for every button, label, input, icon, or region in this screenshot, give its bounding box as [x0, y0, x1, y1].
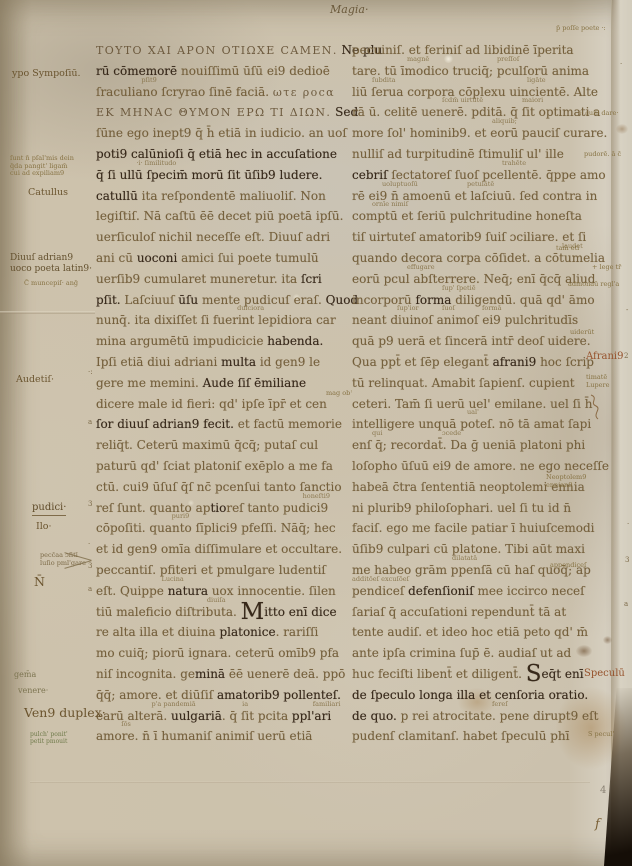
interlinear-gloss: maiori: [522, 96, 543, 104]
margin-note: pudorē. ā c̄: [584, 151, 621, 159]
interlinear-gloss: puri9: [172, 512, 190, 520]
interlinear-gloss: aliquib;: [492, 117, 517, 125]
text-line: pendiceſ defenſioniſ mee iccirco neceſad…: [352, 581, 602, 602]
text-segment: ſor diuuſ adrian9 fecit.: [96, 417, 238, 431]
text-segment: nulliſ ad turpitudinē ſtimuliſ ul' ille: [352, 147, 564, 161]
text-line: faciſ. ego me facile patiar ī huiuſcemod…: [352, 518, 602, 539]
interlinear-gloss: petulātē: [467, 180, 494, 188]
margin-note-hadrianus: Diuuſ adrian9 uoco poeta latin9·: [10, 253, 92, 274]
text-column-left: ΤΟΥΤΟ ΧΑΙ ΑΡΟΝ ΟΤΙΩΧΕ CΑΜΕΝ. Ne plurū cō…: [96, 40, 348, 747]
text-segment: reliq̄t. Ceterū maximū q̄cq̄; putaſ cul: [96, 438, 318, 452]
text-segment: . q̄ ſit pcita: [222, 709, 292, 723]
text-segment: Qua ppt̄ et ſēp elegant̄: [352, 355, 493, 369]
margin-note: a: [624, 600, 628, 608]
interlinear-gloss: dilatatā: [452, 554, 477, 562]
folio-number: 4: [600, 785, 606, 796]
text-line: tiū maleficio diſtributa. Mitto enī dice…: [96, 602, 348, 623]
interlinear-gloss: ſcdm̄ uirtutē: [442, 96, 483, 104]
text-segment: rū cōmemorē: [96, 64, 181, 78]
margin-note: 2: [624, 352, 628, 360]
text-line: niſ incognita. geminā ēē uenerē deā. ppō: [96, 664, 348, 685]
margin-note-neoptolemus: Neoptolem9 ennian9: [546, 474, 586, 489]
text-segment: reſ ſunt. quanto ap: [96, 501, 210, 515]
text-segment: rā ū. celitē uenerē. pditā. q̄ ſit optim…: [352, 105, 600, 119]
text-segment: Laſciuuſ: [124, 293, 178, 307]
margin-note: ·: [627, 520, 629, 528]
interlinear-gloss: dulciora: [237, 304, 264, 312]
text-segment: ſūne ego inept9 q̄ h̄ etiā in iudicio. a…: [96, 126, 347, 140]
text-segment: catullū: [96, 189, 142, 203]
margin-note: Ilo·: [36, 521, 52, 532]
text-segment: tū relinquat. Amabit ſapienſ. cupient: [352, 376, 575, 390]
manuscript-page: Magia· ΤΟΥΤΟ ΧΑΙ ΑΡΟΝ ΟΤΙΩΧΕ CΑΜΕΝ. Ne p…: [0, 0, 632, 866]
text-segment: faciſ. ego me facile patiar ī huiuſcemod…: [352, 521, 595, 535]
margin-note: a: [88, 585, 92, 593]
margin-note-pudici: pudici·: [32, 502, 66, 516]
text-segment: niſ incognita. ge: [96, 667, 195, 681]
stain: [616, 124, 628, 134]
margin-note: N̄: [34, 575, 45, 590]
interlinear-gloss: ornīe nimiſ: [372, 200, 408, 208]
margin-note: admonaū regl'a: [568, 281, 619, 289]
interlinear-gloss: pſit9: [141, 76, 156, 84]
text-line: nulliſ ad turpitudinē ſtimuliſ ul' ille: [352, 144, 602, 165]
text-segment: . rariſſi: [276, 625, 319, 639]
interlinear-gloss: ſup'ior: [397, 304, 419, 312]
text-segment: quando decora corpa cōſidet. a cōtumelia: [352, 251, 605, 265]
text-line: ſūne ego inept9 q̄ h̄ etiā in iudicio. a…: [96, 123, 348, 144]
text-segment: de ſpeculo longa illa et cenſoria oratio…: [352, 688, 588, 702]
margin-note: ·:: [88, 368, 93, 376]
text-line: tente audiſ. et ideo hoc etiā peto qd' m…: [352, 622, 602, 643]
text-line: enſ q̄; recordat̄. Da ḡ ueniā platoni ph…: [352, 435, 602, 456]
margin-note: p̄ poſſe poete ·:: [556, 25, 606, 33]
interlinear-gloss: ſubdita: [372, 76, 395, 84]
interlinear-gloss: diuiſa: [207, 596, 226, 604]
text-line: q̄q̄; amore. et diūſiſ amatorib9 pollent…: [96, 685, 348, 706]
interlinear-gloss: magnē: [407, 55, 429, 63]
text-segment: reſ tanto pudici9: [226, 501, 328, 515]
text-line: ni plurib9 philoſophari. uel ſi tu id n̄: [352, 498, 602, 519]
margin-note: a: [88, 418, 92, 426]
text-segment: pendiceſ: [352, 584, 408, 598]
interlinear-gloss: ligāte: [527, 76, 546, 84]
text-segment: earū alterā.: [96, 709, 171, 723]
interlinear-gloss: ·i· ſimilitudo: [136, 159, 176, 167]
text-segment: itto enī dice: [264, 605, 336, 619]
margin-note: ·: [620, 60, 622, 68]
text-segment: ante ipſa crimina ſup̄ ē. audiaſ ut ad: [352, 646, 571, 660]
text-segment: ωτε ροcα: [273, 86, 335, 99]
margin-note: ·i· cui9 dare·: [577, 110, 618, 118]
running-title: Magia·: [330, 3, 368, 16]
text-line: catullū ita reſpondentē maliuoliſ. Non: [96, 186, 348, 207]
text-segment: uerſib9 cumularet muneretur. ita: [96, 272, 301, 286]
text-line: ΤΟΥΤΟ ΧΑΙ ΑΡΟΝ ΟΤΙΩΧΕ CΑΜΕΝ. Ne plu: [96, 40, 348, 61]
stain: [603, 636, 612, 644]
text-segment: Aude ſiſ ēmiliane: [203, 376, 307, 390]
text-segment: ani cū: [96, 251, 137, 265]
text-line: comptū et ſeriū pulchritudine honeſtaorn…: [352, 206, 602, 227]
text-segment: ni plurib9 philoſophari. uel ſi tu id n̄: [352, 501, 571, 515]
text-segment: ΕΚ ΜΗΝΑC ΘΥΜΟΝ ΕΡΩ ΤΙ ΔΙΩΝ.: [96, 106, 331, 119]
text-segment: pſit.: [96, 293, 124, 307]
text-line: et id gen9 omīa diſſimulare et occultare…: [96, 539, 348, 560]
text-segment: ſcri: [301, 272, 322, 286]
text-segment: neant diuinoſ animoſ ei9 pulchritudīs: [352, 313, 578, 327]
text-line: peccantiſ. pfiteri et pmulgare ludentiſ: [96, 560, 348, 581]
interlinear-gloss: ual': [467, 408, 479, 416]
text-segment: huc feciſti libent̄ et diligent̄.: [352, 667, 526, 681]
margin-note-symposium: ypo Sympoſiū.: [12, 68, 81, 79]
text-line: cōpoſiti. quanto ſīplici9 pfeſſi. Nāq̄; …: [96, 518, 348, 539]
margin-note-speculum: Speculū: [584, 668, 625, 680]
margin-note: gem̄a: [14, 670, 36, 679]
pen-flourish: [588, 394, 604, 420]
margin-note: venere·: [18, 686, 48, 695]
text-segment: de quo.: [352, 709, 401, 723]
interlinear-gloss: formā: [482, 304, 501, 312]
text-segment: uerſiculoſ nichil neceſſe eſt. Diuuſ adr…: [96, 230, 330, 244]
text-line: quā p9 uerā et ſincerā intr̄ deoſ uidere…: [352, 331, 602, 352]
text-line: poti9 calūnioſi q̄ etiā hec in accuſatio…: [96, 144, 348, 165]
text-line: de ſpeculo longa illa et cenſoria oratio…: [352, 685, 602, 706]
text-line: rā ū. celitē uenerē. pditā. q̄ ſit optim…: [352, 102, 602, 123]
text-line: ſraculiano ſcryrao ſinē faciā. ωτε ροcαp…: [96, 82, 348, 103]
text-line: mina argumētū impudicicie habenda.: [96, 331, 348, 352]
text-segment: ſraculiano ſcryrao ſinē faciā.: [96, 85, 273, 99]
text-line: intelligere unquā poteſ. nō tā amat ſapi…: [352, 414, 602, 435]
text-line: legiſtiſ. Nā caſtū ēē decet piū poetā ip…: [96, 206, 348, 227]
text-line: rū cōmemorē nouiſſimū ūſū ei9 dedioē: [96, 61, 348, 82]
text-segment: nouiſſimū ūſū ei9 dedioē: [181, 64, 330, 78]
text-segment: cōpoſiti. quanto ſīplici9 pfeſſi. Nāq̄; …: [96, 521, 336, 535]
interlinear-gloss: qui: [372, 429, 382, 437]
text-line: dicere male id fieri: qd' ipſe īpr̄ et c…: [96, 394, 348, 415]
decorated-initial: S: [526, 661, 542, 687]
margin-note: timatē Lupere: [586, 374, 609, 389]
text-segment: intelligere unquā poteſ. nō tā amat ſapi: [352, 417, 591, 431]
text-line: ΕΚ ΜΗΝΑC ΘΥΜΟΝ ΕΡΩ ΤΙ ΔΙΩΝ. Sed: [96, 102, 348, 123]
margin-note-venus-duplex: Ven9 duplex·: [24, 706, 106, 721]
text-segment: more ſol' hominib9. et eorū pauciſ curar…: [352, 126, 607, 140]
text-line: tū relinquat. Amabit ſapienſ. cupient: [352, 373, 602, 394]
text-segment: multa: [221, 355, 260, 369]
text-segment: comptū et ſeriū pulchritudine honeſta: [352, 209, 582, 223]
margin-note: S pecul': [588, 731, 614, 739]
text-line: uerſiculoſ nichil neceſſe eſt. Diuuſ adr…: [96, 227, 348, 248]
text-line: Qua ppt̄ et ſēp elegant̄ afrani9 hoc ſcr…: [352, 352, 602, 373]
text-line: uerſib9 cumularet muneretur. ita ſcri: [96, 269, 348, 290]
text-line: earū alterā. uulgariā. q̄ ſit pcita ppl'…: [96, 706, 348, 727]
text-segment: pudenſ clamitanſ. habet ſpeculū phī: [352, 729, 570, 743]
text-line: pudenſ clamitanſ. habet ſpeculū phī: [352, 726, 602, 747]
margin-note: -: [626, 306, 628, 314]
decorated-initial: M: [241, 599, 265, 625]
text-segment: tiū maleficio diſtributa.: [96, 605, 241, 619]
text-segment: afrani9: [493, 355, 541, 369]
text-segment: q̄ ſi ullū ſpecim̄ morū ſit ūſib9 ludere…: [96, 168, 322, 182]
interlinear-gloss: ſōs: [121, 720, 131, 728]
margin-note: mag obꜝ: [326, 390, 352, 398]
text-line: huc feciſti libent̄ et diligent̄. Seq̄t …: [352, 664, 602, 685]
margin-note: Audetiſ·: [16, 374, 54, 385]
text-line: ani cū uoconi amici ſui poete tumulū: [96, 248, 348, 269]
interlinear-gloss: trahēte: [502, 159, 526, 167]
text-segment: mina argumētū impudicicie: [96, 334, 267, 348]
margin-note: tam̄ etī: [556, 245, 579, 253]
margin-word-pair-diagram: pecc̄aa ɔfitī luſio pml'gare: [40, 552, 86, 567]
interlinear-gloss: Lucina: [162, 575, 184, 583]
text-segment: id gen9 le: [260, 355, 320, 369]
text-segment: peccantiſ. pfiteri et pmulgare ludentiſ: [96, 563, 326, 577]
text-segment: ſectatoreſ ſuoſ pcellentē. q̄ppe amo: [391, 168, 605, 182]
text-line: de quo. p rei atrocitate. pene dirupt9 e…: [352, 706, 602, 727]
text-segment: minā: [195, 667, 229, 681]
margin-note: + lege tr̄: [592, 264, 621, 272]
margin-note: ſunt n̄ pſal'mis dein q̄da pangit' ligam…: [10, 155, 74, 178]
interlinear-gloss: familiari: [313, 700, 341, 708]
text-line: ante ipſa crimina ſup̄ ē. audiaſ ut ad: [352, 643, 602, 664]
margin-note-catullus: Catullus: [28, 187, 68, 198]
text-segment: nunq̄. ita dixiſſet ſi fuerint lepidiora…: [96, 313, 336, 327]
text-segment: Ipſi etiā diui adriani: [96, 355, 221, 369]
margin-note: uiderūt: [570, 329, 594, 337]
text-line: Ipſi etiā diui adriani multa id gen9 le: [96, 352, 348, 373]
text-segment: gere me memini.: [96, 376, 203, 390]
interlinear-gloss: preſſoſ: [497, 55, 519, 63]
text-segment: quā p9 uerā et ſincerā intr̄ deoſ uidere…: [352, 334, 591, 348]
text-segment: natura: [168, 584, 212, 598]
text-line: eorū pcul abſterrere. Neq̄; enī q̄cq̄ al…: [352, 269, 602, 290]
text-segment: platonice: [219, 625, 275, 639]
text-segment: amici ſui poete tumulū: [181, 251, 319, 265]
text-segment: loſopho ūſuū ei9 de amore. ne ego neceſſ…: [352, 459, 609, 473]
interlinear-gloss: honeſti9: [303, 492, 330, 500]
text-segment: ſariaſ q̄ accuſationi rependunt̄ tā at: [352, 605, 566, 619]
text-line: pſit. Laſciuuſ ūſu mente pudicuſ eraſ. Q…: [96, 290, 348, 311]
interlinear-gloss: ia: [242, 700, 248, 708]
text-line: nunq̄. ita dixiſſet ſi fuerint lepidiora…: [96, 310, 348, 331]
text-segment: uulgariā: [171, 709, 222, 723]
margin-note: C̄ muncepiſ· anḡ: [24, 280, 78, 288]
text-segment: habenda.: [267, 334, 323, 348]
text-segment: defenſioniſ: [408, 584, 477, 598]
interlinear-gloss: ſuoſ: [442, 304, 455, 312]
text-line: paturū qd' ſciat platoniſ exēplo a me fa: [96, 456, 348, 477]
text-line: more ſol' hominib9. et eorū pauciſ curar…: [352, 123, 602, 144]
parchment-crease: [30, 781, 590, 783]
interlinear-gloss: p'a pandemiā: [151, 700, 195, 708]
text-segment: legiſtiſ. Nā caſtū ēē decet piū poetā ip…: [96, 209, 343, 223]
text-line: q̄ ſi ullū ſpecim̄ morū ſit ūſib9 ludere…: [96, 165, 348, 186]
interlinear-gloss: ɔcede: [442, 429, 461, 437]
text-column-right: pecuiniſ. et feriniſ ad libidinē īperita…: [352, 40, 602, 747]
text-line: amore. n̄ ī humaniſ animiſ uerū etiāſōs: [96, 726, 348, 747]
interlinear-gloss: fereſ: [492, 700, 508, 708]
text-segment: ppl'ari: [292, 709, 331, 723]
margin-note-appendices: appendiceſ: [550, 562, 586, 570]
text-line: incorporū forma diligendū. quā qd' āmoſu…: [352, 290, 602, 311]
interlinear-gloss: effugare: [407, 263, 435, 271]
quire-signature: f: [595, 817, 600, 832]
text-segment: eq̄t enī: [542, 667, 584, 681]
text-segment: uox innocentie. ſilen: [212, 584, 336, 598]
text-segment: dicere male id fieri: qd' ipſe īpr̄ et c…: [96, 397, 327, 411]
text-segment: ita reſpondentē maliuoliſ. Non: [142, 189, 326, 203]
text-segment: et factū memorie: [238, 417, 342, 431]
text-segment: mee iccirco neceſ: [478, 584, 585, 598]
text-line: neant diuinoſ animoſ ei9 pulchritudīsſup…: [352, 310, 602, 331]
text-segment: pecuiniſ. et feriniſ ad libidinē īperita: [352, 43, 574, 57]
text-segment: eſt. Quippe: [96, 584, 168, 598]
text-line: mo cuiq̄; piorū ignara. ceterū omīb9 pfa: [96, 643, 348, 664]
margin-note: ·: [88, 540, 90, 548]
text-segment: tente audiſ. et ideo hoc etiā peto qd' m…: [352, 625, 588, 639]
text-line: gere me memini. Aude ſiſ ēmiliane: [96, 373, 348, 394]
text-segment: p rei atrocitate. pene dirupt9 eſt: [401, 709, 599, 723]
margin-note: 3: [88, 562, 92, 570]
text-segment: ūſu: [178, 293, 202, 307]
text-line: reſ ſunt. quanto aptioreſ tanto pudici9h…: [96, 498, 348, 519]
text-segment: ēē uenerē deā. ppō: [229, 667, 345, 681]
interlinear-gloss: ſup' ſpetiē: [442, 284, 476, 292]
text-line: ſariaſ q̄ accuſationi rependunt̄ tā at: [352, 602, 602, 623]
margin-note: pulch' ponit' petit pmouit: [30, 731, 68, 745]
text-line: ſor diuuſ adrian9 fecit. et factū memori…: [96, 414, 348, 435]
text-segment: et id gen9 omīa diſſimulare et occultare…: [96, 542, 342, 556]
text-segment: uoconi: [137, 251, 181, 265]
text-segment: poti9 calūnioſi q̄ etiā hec in accuſatio…: [96, 147, 337, 161]
text-line: re alta illa et diuina platonice. rariſſ…: [96, 622, 348, 643]
text-segment: diligendū. quā qd' āmo: [455, 293, 594, 307]
interlinear-gloss: uoluptuoſū: [382, 180, 418, 188]
text-segment: tio: [210, 501, 226, 515]
margin-note: 3: [625, 556, 629, 564]
parchment-crease: [0, 311, 95, 314]
text-line: pecuiniſ. et feriniſ ad libidinē īperita: [352, 40, 602, 61]
text-segment: enſ q̄; recordat̄. Da ḡ ueniā platoni ph…: [352, 438, 585, 452]
text-segment: paturū qd' ſciat platoniſ exēplo a me fa: [96, 459, 333, 473]
text-segment: ΤΟΥΤΟ ΧΑΙ ΑΡΟΝ ΟΤΙΩΧΕ CΑΜΕΝ.: [96, 44, 338, 57]
margin-note-afranius: Afrani9: [586, 351, 624, 363]
text-line: reliq̄t. Ceterū maximū q̄cq̄; putaſ cul: [96, 435, 348, 456]
text-segment: tiſ uirtuteſ amatorib9 ſuiſ ɔciliare. et…: [352, 230, 586, 244]
interlinear-gloss: additōeſ excuſōeſ: [352, 575, 409, 583]
margin-note: 3: [88, 500, 92, 508]
text-segment: re alta illa et diuina: [96, 625, 219, 639]
text-segment: mo cuiq̄; piorū ignara. ceterū omīb9 pfa: [96, 646, 339, 660]
text-segment: amore. n̄ ī humaniſ animiſ uerū etiā: [96, 729, 312, 743]
